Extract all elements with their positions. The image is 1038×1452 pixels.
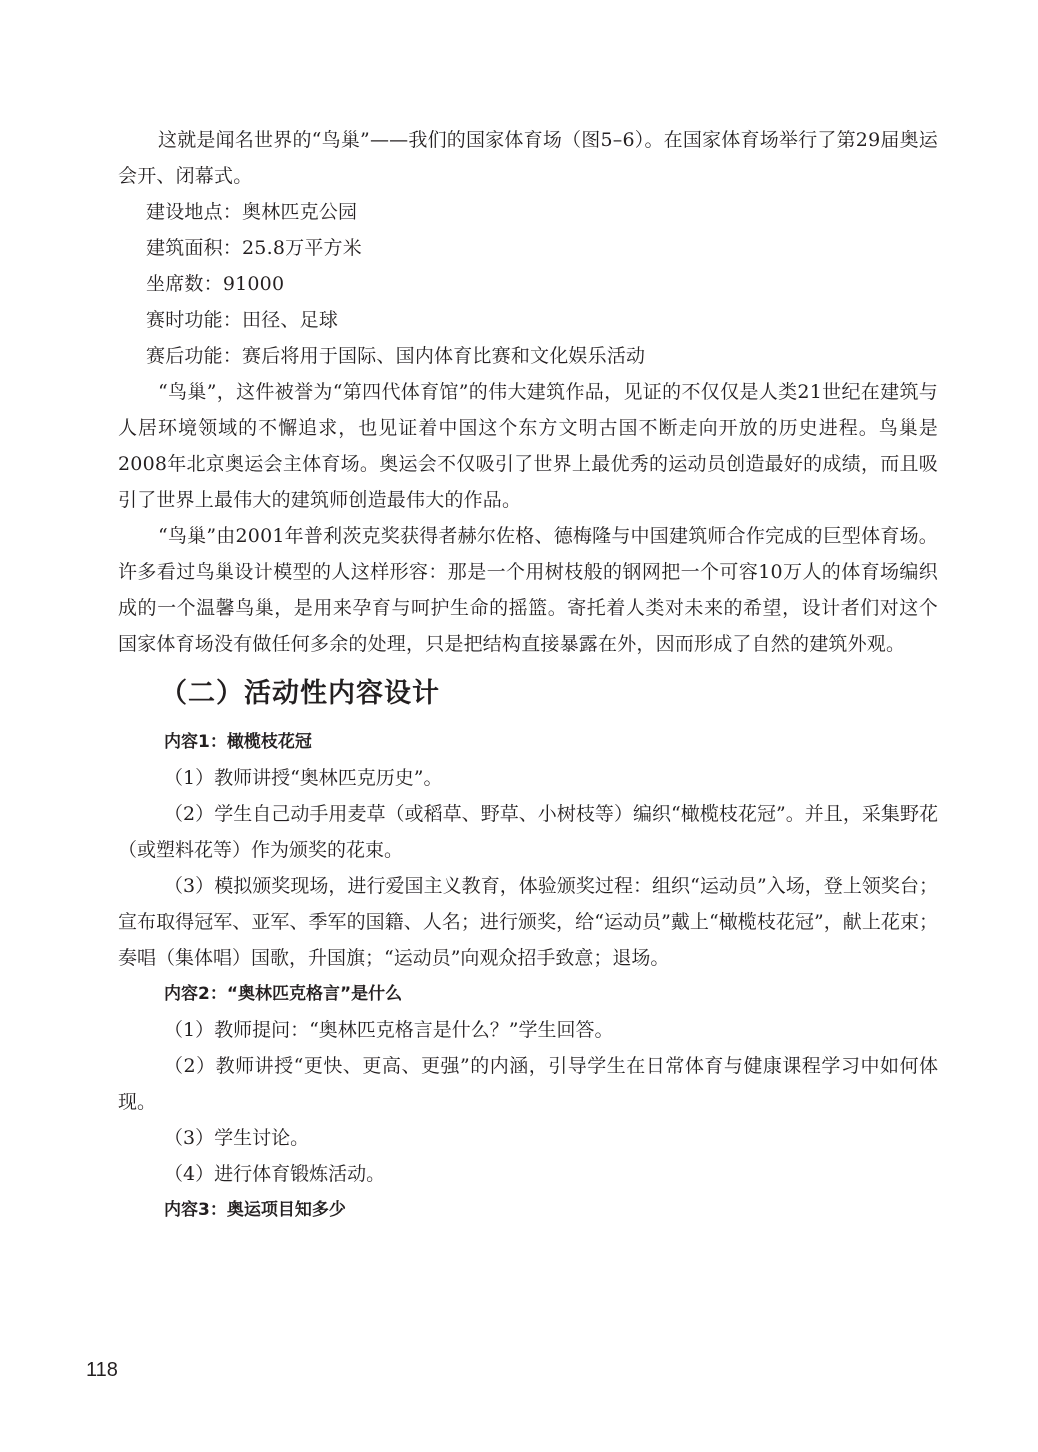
fact-label: 赛后功能： xyxy=(146,345,242,367)
content-item: （1）教师讲授“奥林匹克历史”。 xyxy=(118,760,938,796)
content-block-1: 内容1：橄榄枝花冠 （1）教师讲授“奥林匹克历史”。 （2）学生自己动手用麦草（… xyxy=(118,724,938,976)
fact-label: 建筑面积： xyxy=(146,237,242,259)
content-block-2: 内容2：“奥林匹克格言”是什么 （1）教师提问：“奥林匹克格言是什么？”学生回答… xyxy=(118,976,938,1192)
fact-value: 25.8万平方米 xyxy=(242,237,362,259)
fact-value: 奥林匹克公园 xyxy=(242,201,357,223)
page-number: 118 xyxy=(86,1359,118,1382)
fact-value: 91000 xyxy=(223,273,284,295)
section-title: （二）活动性内容设计 xyxy=(118,674,938,714)
content-item: （2）学生自己动手用麦草（或稻草、野草、小树枝等）编织“橄榄枝花冠”。并且，采集… xyxy=(118,796,938,868)
content-heading: 内容1：橄榄枝花冠 xyxy=(118,724,938,760)
intro-paragraph: 这就是闻名世界的“鸟巢”——我们的国家体育场（图5–6）。在国家体育场举行了第2… xyxy=(118,122,938,194)
facts-list: 建设地点：奥林匹克公园 建筑面积：25.8万平方米 坐席数：91000 赛时功能… xyxy=(118,194,938,374)
page-body: 这就是闻名世界的“鸟巢”——我们的国家体育场（图5–6）。在国家体育场举行了第2… xyxy=(118,122,938,1228)
fact-value: 赛后将用于国际、国内体育比赛和文化娱乐活动 xyxy=(242,345,645,367)
content-heading: 内容3：奥运项目知多少 xyxy=(118,1192,938,1228)
content-block-3: 内容3：奥运项目知多少 xyxy=(118,1192,938,1228)
content-item: （3）学生讨论。 xyxy=(118,1120,938,1156)
fact-label: 坐席数： xyxy=(146,273,223,295)
content-heading: 内容2：“奥林匹克格言”是什么 xyxy=(118,976,938,1012)
fact-label: 赛时功能： xyxy=(146,309,242,331)
content-item: （1）教师提问：“奥林匹克格言是什么？”学生回答。 xyxy=(118,1012,938,1048)
fact-area: 建筑面积：25.8万平方米 xyxy=(118,230,938,266)
fact-seats: 坐席数：91000 xyxy=(118,266,938,302)
fact-games-function: 赛时功能：田径、足球 xyxy=(118,302,938,338)
content-item: （3）模拟颁奖现场，进行爱国主义教育，体验颁奖过程：组织“运动员”入场，登上领奖… xyxy=(118,868,938,976)
content-item: （4）进行体育锻炼活动。 xyxy=(118,1156,938,1192)
content-item: （2）教师讲授“更快、更高、更强”的内涵，引导学生在日常体育与健康课程学习中如何… xyxy=(118,1048,938,1120)
body-paragraph: “鸟巢”由2001年普利茨克奖获得者赫尔佐格、德梅隆与中国建筑师合作完成的巨型体… xyxy=(118,518,938,662)
fact-post-games-function: 赛后功能：赛后将用于国际、国内体育比赛和文化娱乐活动 xyxy=(118,338,938,374)
fact-location: 建设地点：奥林匹克公园 xyxy=(118,194,938,230)
fact-label: 建设地点： xyxy=(146,201,242,223)
fact-value: 田径、足球 xyxy=(242,309,338,331)
body-paragraph: “鸟巢”，这件被誉为“第四代体育馆”的伟大建筑作品，见证的不仅仅是人类21世纪在… xyxy=(118,374,938,518)
